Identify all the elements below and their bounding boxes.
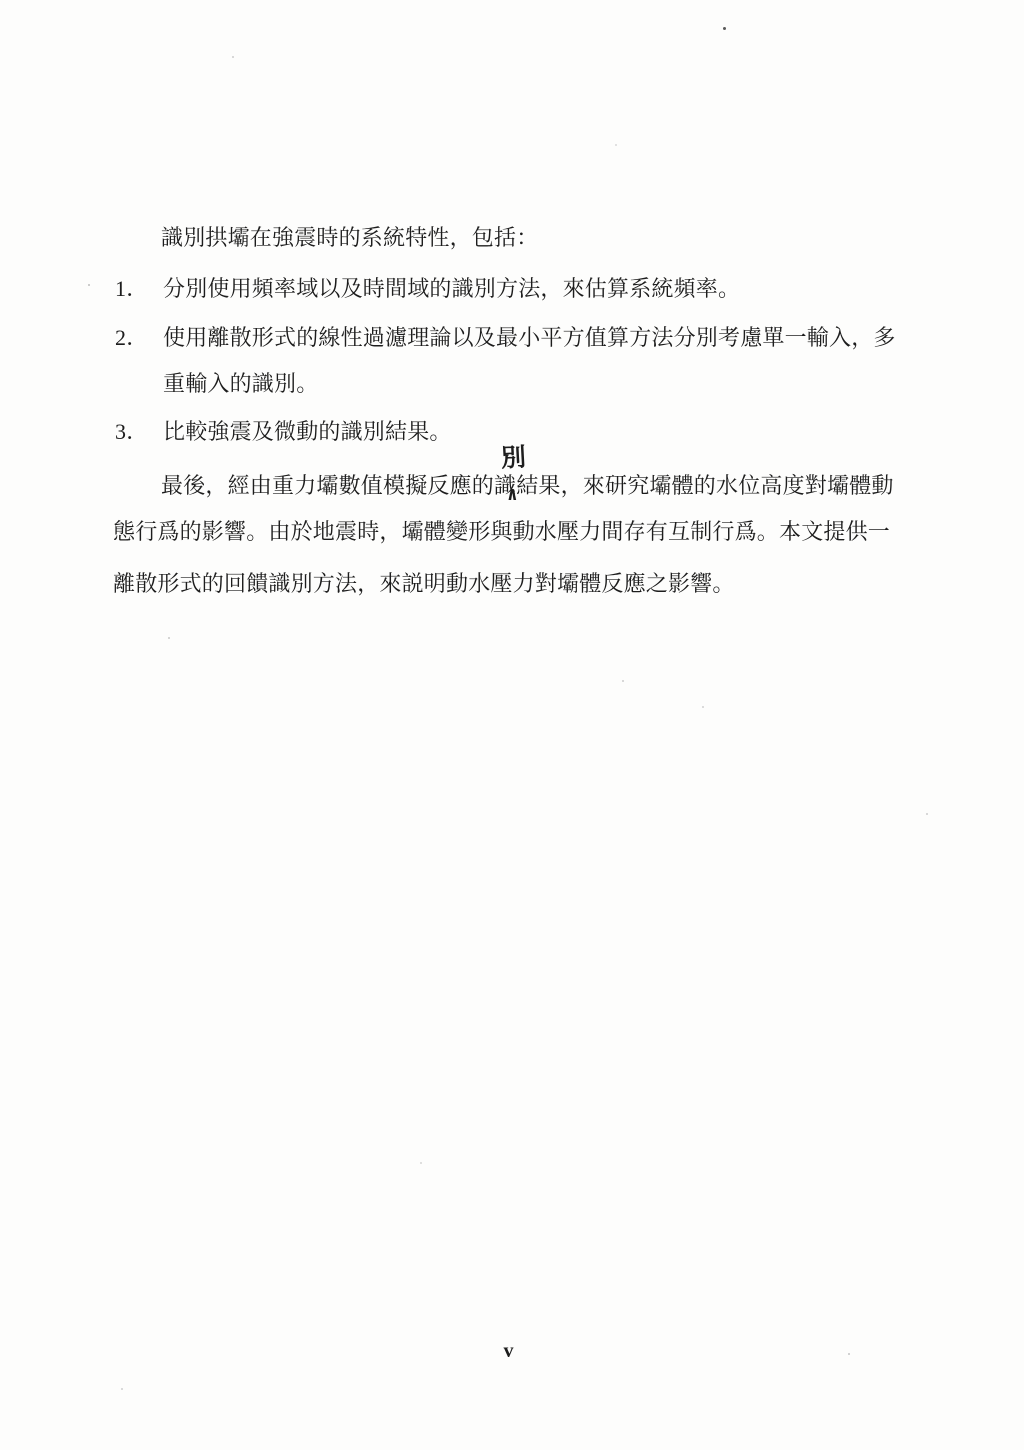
- closing-paragraph-line-2: 態行爲的影響。由於地震時，壩體變形與動水壓力間存有互制行爲。本文提供一: [113, 517, 890, 547]
- list-item-3-number: 3．: [115, 417, 163, 447]
- list-item-3-text: 比較強震及微動的識別結果。: [163, 419, 452, 444]
- list-item-2-number: 2．: [115, 323, 163, 353]
- list-item-2-text: 使用離散形式的線性過濾理論以及最小平方值算方法分別考慮單一輸入，多: [163, 325, 896, 350]
- scan-speck: [848, 1353, 850, 1355]
- list-item-2: 2．使用離散形式的線性過濾理論以及最小平方值算方法分別考慮單一輸入，多: [115, 323, 896, 353]
- closing-line-1-before-insertion: 最後，經由重力壩數值模擬反應的識: [161, 473, 516, 498]
- list-item-3: 3．比較強震及微動的識別結果。: [115, 417, 452, 447]
- insertion-caret-icon: ∧: [506, 485, 518, 505]
- list-item-2-continuation: 重輸入的識別。: [163, 369, 318, 399]
- scan-speck: [88, 284, 90, 286]
- list-item-1: 1．分別使用頻率域以及時間域的識別方法，來估算系統頻率。: [115, 274, 740, 304]
- document-page: 識別拱壩在強震時的系統特性，包括： 1．分別使用頻率域以及時間域的識別方法，來估…: [0, 0, 1024, 1450]
- closing-paragraph-line-1: 最後，經由重力壩數值模擬反應的識別∧結果，來研究壩體的水位高度對壩體動: [161, 471, 894, 501]
- scan-speck: [168, 637, 170, 639]
- list-item-1-number: 1．: [115, 274, 163, 304]
- scan-speck: [926, 813, 928, 815]
- scan-speck: [232, 56, 234, 58]
- closing-line-1-after-insertion: 結果，來研究壩體的水位高度對壩體動: [516, 473, 893, 498]
- scan-speck: [121, 1388, 123, 1390]
- scan-speck: [622, 680, 624, 682]
- closing-paragraph-line-3: 離散形式的回饋識別方法，來説明動水壓力對壩體反應之影響。: [113, 569, 735, 599]
- scan-speck: [702, 706, 704, 708]
- scan-speck: [420, 1162, 422, 1164]
- handwritten-inserted-character: 別: [501, 445, 528, 472]
- intro-line: 識別拱壩在強震時的系統特性，包括：: [161, 223, 538, 253]
- list-item-1-text: 分別使用頻率域以及時間域的識別方法，來估算系統頻率。: [163, 276, 740, 301]
- scan-speck: [723, 27, 726, 30]
- scan-speck: [615, 144, 617, 146]
- page-number: v: [494, 1340, 524, 1363]
